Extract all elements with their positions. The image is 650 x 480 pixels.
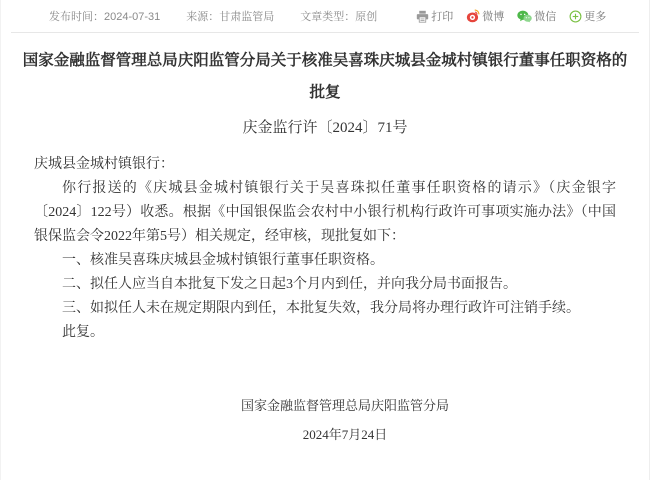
paragraph-item-1: 一、核准吴喜珠庆城县金城村镇银行董事任职资格。 [34,249,616,273]
share-wechat-button[interactable]: 微信 [517,8,556,24]
document-body: 庆城县金城村镇银行： 你行报送的《庆城县金城村镇银行关于吴喜珠拟任董事任职资格的… [34,153,616,345]
signature-block: 国家金融监督管理总局庆阳监管分局 2024年7月24日 [1,391,649,449]
issue-date: 2024年7月24日 [41,420,649,449]
document-number: 庆金监行许〔2024〕71号 [1,118,649,138]
more-label: 更多 [584,8,606,24]
weibo-label: 微博 [482,8,504,24]
paragraph-item-2: 二、拟任人应当自本批复下发之日起3个月内到任，并向我分局书面报告。 [34,273,616,297]
weibo-icon [466,9,480,23]
share-weibo-button[interactable]: 微博 [466,8,504,24]
more-share-button[interactable]: 更多 [569,8,606,24]
circle-plus-icon [569,10,582,23]
issuer-name: 国家金融监督管理总局庆阳监管分局 [41,391,649,420]
print-button[interactable]: 打印 [416,8,453,24]
article-meta-bar: 发布时间：2024-07-31 来源：甘肃监管局 文章类型：原创 打印 [1,0,649,32]
wechat-label: 微信 [534,8,556,24]
article-source: 来源：甘肃监管局 [186,8,274,24]
paragraph-intro: 你行报送的《庆城县金城村镇银行关于吴喜珠拟任董事任职资格的请示》（庆金银字〔20… [34,177,616,249]
share-toolbar: 打印 微博 [403,8,606,24]
article-type: 文章类型：原创 [300,8,377,24]
header-divider [11,32,639,33]
salutation: 庆城县金城村镇银行： [34,153,616,177]
document-title: 国家金融监督管理总局庆阳监管分局关于核准吴喜珠庆城县金城村镇银行董事任职资格的批… [22,45,628,109]
print-label: 打印 [431,8,453,24]
publish-time: 发布时间：2024-07-31 [49,8,160,24]
article-meta-info: 发布时间：2024-07-31 来源：甘肃监管局 文章类型：原创 [49,8,403,24]
wechat-icon [517,10,532,23]
printer-icon [416,10,429,23]
closing-phrase: 此复。 [34,321,616,345]
article-page: 发布时间：2024-07-31 来源：甘肃监管局 文章类型：原创 打印 [0,0,650,480]
paragraph-item-3: 三、如拟任人未在规定期限内到任，本批复失效，我分局将办理行政许可注销手续。 [34,297,616,321]
